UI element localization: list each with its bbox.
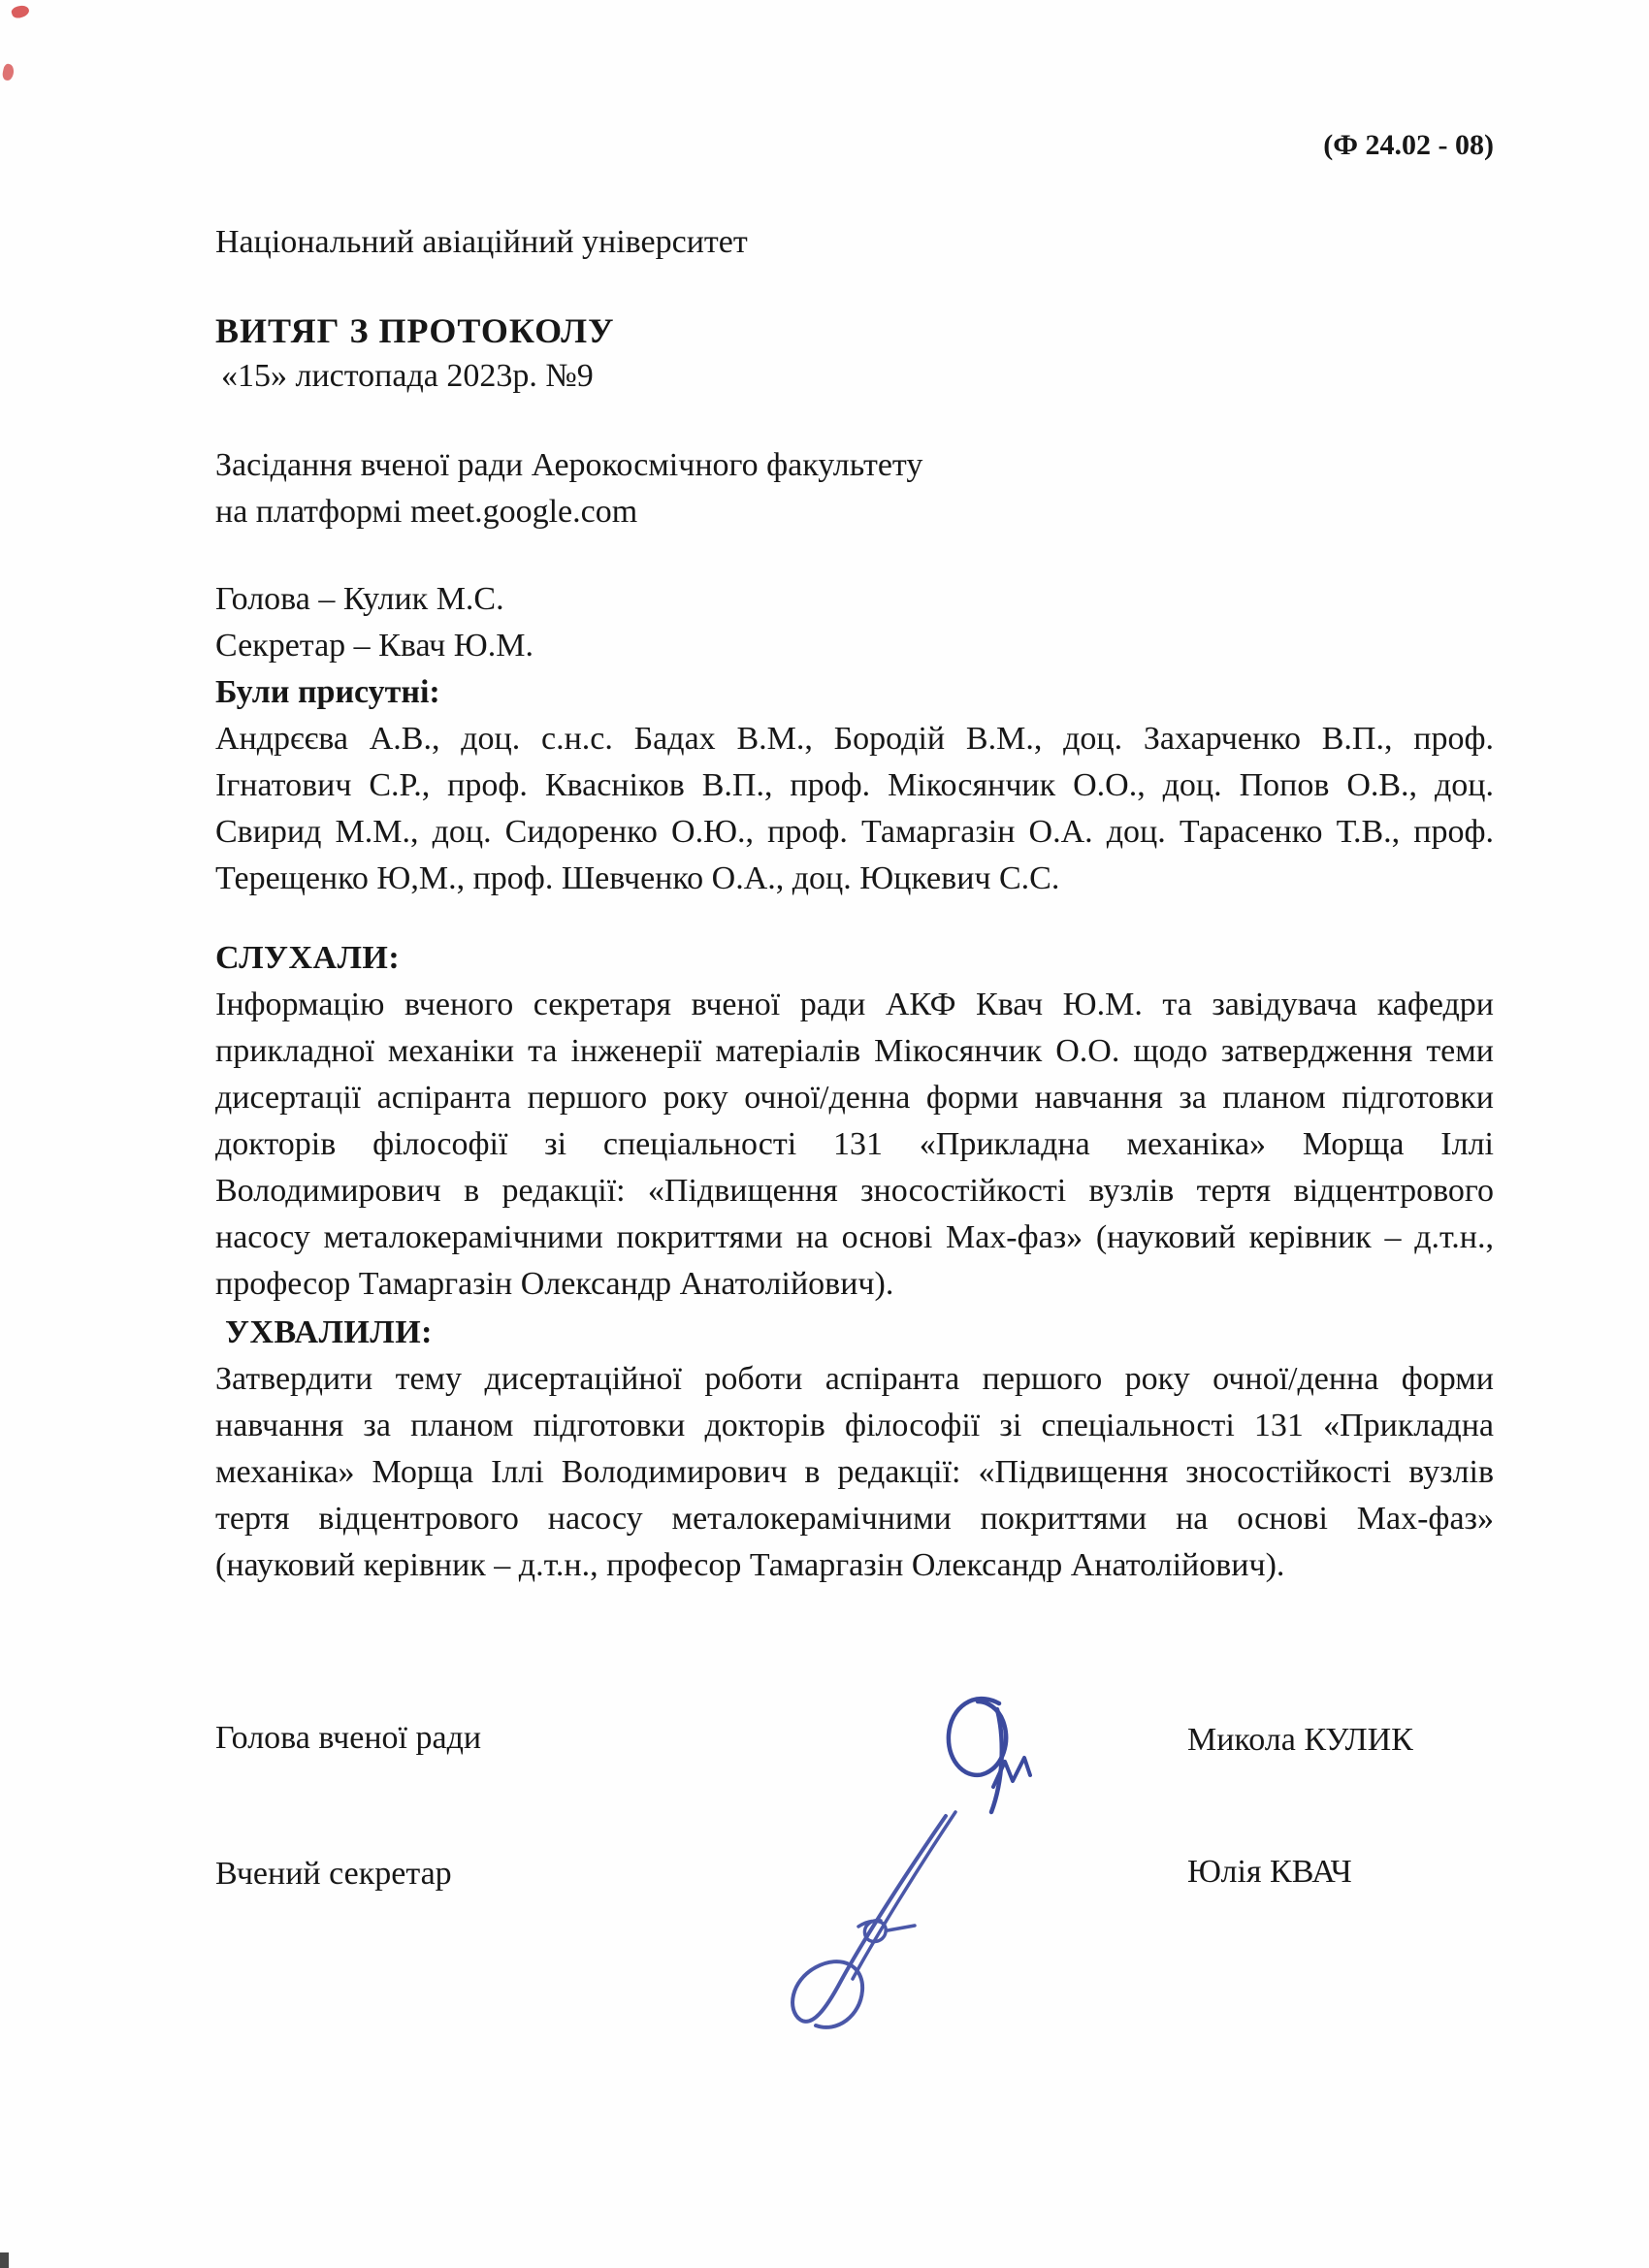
heard-paragraph: Інформацію вченого секретаря вченої ради… <box>215 982 1494 1308</box>
officials-block: Голова – Кулик М.С. Секретар – Квач Ю.М.… <box>215 576 1494 716</box>
document-title: ВИТЯГ З ПРОТОКОЛУ <box>215 308 1494 353</box>
scan-artifact-red-left <box>1 63 15 81</box>
resolved-paragraph: Затвердити тему дисертаційної роботи асп… <box>215 1356 1494 1589</box>
scan-artifact-red-top <box>11 4 31 20</box>
meeting-info: Засідання вченої ради Аерокосмічного фак… <box>215 442 1494 535</box>
resolved-heading: УХВАЛИЛИ: <box>215 1310 1494 1356</box>
scanned-document-page: (Ф 24.02 - 08) Національний авіаційний у… <box>0 0 1649 2268</box>
signature-block: Голова вченої ради Микола КУЛИК Вчений с… <box>215 1686 1494 2128</box>
secretary-line: Секретар – Квач Ю.М. <box>215 623 1494 669</box>
scan-artifact-dark-bottom <box>0 2252 9 2268</box>
document-content: (Ф 24.02 - 08) Національний авіаційний у… <box>0 126 1649 2128</box>
meeting-line-1: Засідання вченої ради Аерокосмічного фак… <box>215 442 1494 489</box>
university-name: Національний авіаційний університет <box>215 221 1494 264</box>
protocol-date-number: «15» листопада 2023р. №9 <box>215 355 1494 398</box>
attendees-label: Були присутні: <box>215 669 1494 716</box>
signature-name-secretary: Юлія КВАЧ <box>1187 1849 1352 1895</box>
form-code: (Ф 24.02 - 08) <box>215 126 1494 165</box>
secretary-signature-ink <box>744 1810 986 2053</box>
meeting-line-2: на платформі meet.google.com <box>215 489 1494 535</box>
attendees-paragraph: Андрєєва А.В., доц. с.н.с. Бадах В.М., Б… <box>215 716 1494 902</box>
heard-heading: СЛУХАЛИ: <box>215 935 1494 982</box>
signature-role-chair: Голова вченої ради <box>215 1715 481 1762</box>
signature-role-secretary: Вчений секретар <box>215 1851 452 1897</box>
chair-line: Голова – Кулик М.С. <box>215 576 1494 623</box>
signature-name-chair: Микола КУЛИК <box>1187 1717 1413 1764</box>
